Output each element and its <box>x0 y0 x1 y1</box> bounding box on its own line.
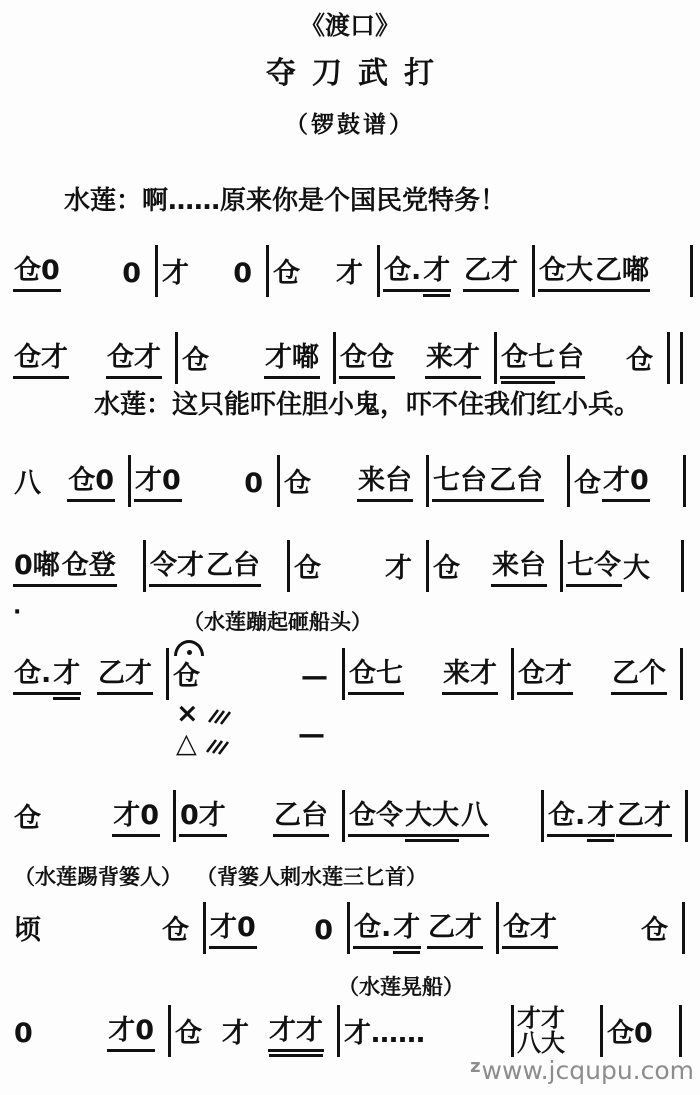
stage-direction-smash-bow: （水莲蹦起砸船头） <box>183 606 372 636</box>
measure: 仓才仓才 <box>10 332 175 384</box>
note-group: 来才 <box>442 659 498 695</box>
note-text: 0才 <box>179 801 227 837</box>
note-text: 大 <box>622 554 651 587</box>
note-group: 仓令大大八 <box>348 801 489 837</box>
barline <box>690 245 693 297</box>
score-line-5: 仓.才乙才仓—仓七来才仓才乙个 <box>10 648 683 700</box>
note-text: 仓七 <box>500 343 556 379</box>
measure: 才00 <box>206 902 347 954</box>
measure: 仓令大大八 <box>345 790 541 842</box>
measure: 仓大乙嘟 <box>535 245 690 297</box>
note-group: 仓 <box>625 346 654 379</box>
note-group: 乙个 <box>611 659 667 695</box>
measure: 才…… <box>340 1005 511 1057</box>
note-group: 0 <box>243 469 264 502</box>
note-group: 仓0 <box>67 466 115 502</box>
note-group: 仓才 <box>517 659 573 695</box>
note-text: 乙嘟 <box>594 256 650 292</box>
note-text: 0嘟 <box>13 551 61 587</box>
note-text: 乙台 <box>488 466 544 502</box>
note-text: 乙才 <box>616 801 672 837</box>
measure: 才0 <box>158 245 266 297</box>
note-text: 才 <box>392 913 421 949</box>
note-group: 仓 <box>272 259 301 292</box>
barline <box>681 540 684 592</box>
note-group: 才 <box>221 1019 250 1052</box>
note-text: 来才 <box>425 343 481 379</box>
note-group: 七令大 <box>566 551 651 587</box>
note-group: 仓0 <box>606 1019 654 1052</box>
drum-x-symbol: × <box>176 700 199 728</box>
hold-dash: — <box>298 719 325 750</box>
note-text: 仓大 <box>538 256 594 292</box>
score-line-3: 八仓0才00仓来台七台乙台仓才0 <box>10 455 686 507</box>
score-line-1: 仓00才0仓才仓.才乙才仓大乙嘟 <box>10 245 693 297</box>
note-group: 乙才 <box>463 256 519 292</box>
note-text: 仓 <box>272 259 301 292</box>
note-text: 乙台 <box>273 801 329 837</box>
note-group: 乙才 <box>616 801 672 837</box>
measure: 仓七台仓 <box>497 332 667 384</box>
note-text: 仓. <box>13 659 52 695</box>
note-text: 0 <box>232 259 253 292</box>
measure: 仓才0 <box>10 790 173 842</box>
note-text: 仓. <box>383 256 422 292</box>
percussion-roll-block: × — △ <box>176 699 346 759</box>
note-group: 仓 <box>432 554 461 587</box>
note-text: 才0 <box>602 466 650 502</box>
note-group: 仓 <box>283 469 312 502</box>
note-group: 仓七 <box>348 659 404 695</box>
note-text: 乙才 <box>427 913 483 949</box>
note-group: 仓 <box>161 916 190 949</box>
note-group: 仓才 <box>106 343 162 379</box>
note-text: 仓 <box>432 554 461 587</box>
note-text: 仓 <box>625 346 654 379</box>
note-group: 仓 <box>174 1019 203 1052</box>
measure: 七令大 <box>563 540 681 592</box>
dialogue-line-1: 水莲：啊……原来你是个国民党特务！ <box>64 180 506 217</box>
note-text: 才才 <box>517 1006 565 1031</box>
note-text: 仓 <box>640 916 669 949</box>
note-group: 来台 <box>357 466 413 502</box>
note-text: 大大 <box>404 801 460 837</box>
page-title: 夺刀武打 <box>0 48 700 92</box>
note-group: 来台 <box>491 551 547 587</box>
note-text: 才 <box>335 259 364 292</box>
note-text: 仓 <box>172 662 201 695</box>
note-text: 才才 <box>268 1016 324 1052</box>
note-text: 仓 <box>161 916 190 949</box>
measure: 仓0 <box>603 1005 679 1057</box>
note-text: 仓登 <box>61 551 117 587</box>
note-text: 才…… <box>343 1019 426 1052</box>
note-text: 才 <box>161 259 190 292</box>
note-group: 仓 <box>13 804 42 837</box>
barline <box>680 648 683 700</box>
measure: 0才乙台 <box>176 790 342 842</box>
note-group: 0 <box>13 1019 34 1052</box>
note-text: 0 <box>313 916 334 949</box>
note-group: 八 <box>13 469 42 502</box>
stage-direction-kick-basket-man: （水莲踢背篓人） <box>14 861 182 891</box>
dialogue-line-2: 水莲：这只能吓住胆小鬼，吓不住我们红小兵。 <box>94 384 640 421</box>
measure: 仓来台 <box>429 540 560 592</box>
measure: 七台乙台 <box>429 455 567 507</box>
note-group: 仓仓 <box>339 343 395 379</box>
measure: 仓— <box>169 648 342 700</box>
note-group: 0嘟仓登 <box>13 551 117 587</box>
note-group: 仓 <box>293 554 322 587</box>
note-text: 仓 <box>293 554 322 587</box>
barline <box>679 1005 682 1057</box>
measure: 仓才才才 <box>171 1005 337 1057</box>
note-group: 才…… <box>343 1019 426 1052</box>
note-text: 仓才 <box>13 343 69 379</box>
note-group: 才嘟 <box>264 343 320 379</box>
drum-roll-row: × — <box>176 699 346 729</box>
note-text: 才0 <box>209 913 257 949</box>
series-title: 《渡口》 <box>0 6 700 42</box>
subtitle-notation-type: （锣鼓谱） <box>0 106 700 139</box>
note-text: 仓七 <box>348 659 404 695</box>
sheet-music-page: 《渡口》 夺刀武打 （锣鼓谱） 水莲：啊……原来你是个国民党特务！ 水莲：这只能… <box>0 0 700 1095</box>
measure: 仓.才乙才 <box>544 790 685 842</box>
cymbal-triangle-symbol: △ <box>176 730 197 758</box>
note-group: 才才 <box>268 1016 324 1052</box>
note-group: 0 <box>121 259 142 292</box>
note-group: 来才 <box>425 343 481 379</box>
note-group: — <box>300 662 329 695</box>
note-group: 才0 <box>209 913 257 949</box>
note-group: 仓.才 <box>13 659 81 695</box>
note-text: 才 <box>221 1019 250 1052</box>
note-group: 仓.才 <box>547 801 615 837</box>
note-group: 乙才 <box>97 659 153 695</box>
note-text: 仓0 <box>67 466 115 502</box>
note-group: 才 <box>384 554 413 587</box>
measure: 仓才嘟 <box>178 332 333 384</box>
note-text: 仓0 <box>606 1019 654 1052</box>
measure: 0嘟仓登 <box>10 540 143 592</box>
note-text: 来台 <box>491 551 547 587</box>
note-group: 0才 <box>179 801 227 837</box>
note-text: 才嘟 <box>264 343 320 379</box>
note-group: 才0 <box>107 1016 155 1052</box>
jcqupu-watermark[interactable]: z www.jcqupu.com <box>470 1056 694 1085</box>
note-text: 才 <box>52 659 81 695</box>
measure: 仓来台 <box>280 455 426 507</box>
note-group: 才0 <box>134 466 182 502</box>
stray-dot-mark: · <box>13 600 21 625</box>
note-text: 0 <box>121 259 142 292</box>
score-line-8: 0才0仓才才才才……才才八大仓0 <box>10 1005 682 1057</box>
barline <box>682 902 685 954</box>
note-group: 乙台 <box>273 801 329 837</box>
note-text: 台 <box>556 343 585 379</box>
note-text: 仓 <box>181 346 210 379</box>
measure: 仓.才乙才 <box>380 245 532 297</box>
note-text: 七台 <box>432 466 488 502</box>
score-line-6: 仓才00才乙台仓令大大八仓.才乙才 <box>10 790 688 842</box>
watermark-url: www.jcqupu.com <box>482 1056 694 1085</box>
measure: 八仓0 <box>10 455 128 507</box>
fermata-icon <box>174 640 204 656</box>
note-text: 才 <box>422 256 451 292</box>
note-text: 八大 <box>517 1031 565 1056</box>
note-text: 乙才 <box>97 659 153 695</box>
note-text: 八 <box>460 801 489 837</box>
note-text: 来才 <box>442 659 498 695</box>
score-line-7: 顷仓才00仓.才乙才仓才仓 <box>10 902 685 954</box>
measure: 仓00 <box>10 245 155 297</box>
measure: 仓七来才 <box>345 648 511 700</box>
note-text: 乙个 <box>611 659 667 695</box>
note-text: 仓仓 <box>339 343 395 379</box>
measure: 令才乙台 <box>146 540 287 592</box>
note-group: 仓才 <box>13 343 69 379</box>
stacked-note-group: 才才八大 <box>517 1005 565 1057</box>
note-group: 0 <box>313 916 334 949</box>
note-text: 乙才 <box>463 256 519 292</box>
note-group: 令才乙台 <box>149 551 261 587</box>
measure: 0才0 <box>10 1005 168 1057</box>
measure: 仓.才乙才 <box>10 648 166 700</box>
barline <box>683 455 686 507</box>
note-text: 仓才 <box>502 913 558 949</box>
measure: 才00 <box>131 455 277 507</box>
tremolo-roll-icon <box>205 737 229 755</box>
measure: 仓才乙个 <box>514 648 680 700</box>
measure: 顷仓 <box>10 902 203 954</box>
note-group: 才 <box>161 259 190 292</box>
note-group: 仓 <box>640 916 669 949</box>
note-group: 仓0 <box>13 256 61 292</box>
stage-direction-dagger-stabs: （背篓人刺水莲三匕首） <box>196 861 427 891</box>
score-line-2: 仓才仓才仓才嘟仓仓来才仓七台仓 <box>10 332 683 384</box>
measure: 仓仓来才 <box>336 332 494 384</box>
note-group: 仓 <box>181 346 210 379</box>
note-text: 仓才 <box>106 343 162 379</box>
stage-direction-rock-boat: （水莲晃船） <box>338 971 464 1001</box>
note-text: 仓. <box>353 913 392 949</box>
note-group: 0 <box>232 259 253 292</box>
note-text: 七令 <box>566 551 622 587</box>
note-text: 0 <box>243 469 264 502</box>
note-group: 仓才 <box>502 913 558 949</box>
double-barline <box>667 332 683 384</box>
measure: 仓才仓 <box>499 902 682 954</box>
note-group: 仓.才 <box>383 256 451 292</box>
note-text: 仓 <box>174 1019 203 1052</box>
note-group: 顷 <box>13 916 42 949</box>
note-group: 仓 <box>172 662 201 695</box>
note-text: 八 <box>13 469 42 502</box>
note-text: 令才 <box>149 551 205 587</box>
barline <box>685 790 688 842</box>
note-group: 仓大乙嘟 <box>538 256 650 292</box>
note-group: 乙才 <box>427 913 483 949</box>
note-text: 才0 <box>134 466 182 502</box>
note-text: — <box>300 662 329 695</box>
note-text: 才 <box>384 554 413 587</box>
measure: 仓才0 <box>570 455 683 507</box>
measure: 仓.才乙才 <box>350 902 496 954</box>
tremolo-roll-icon <box>207 707 231 725</box>
note-text: 仓 <box>573 469 602 502</box>
note-text: 才0 <box>112 801 160 837</box>
note-text: 才0 <box>107 1016 155 1052</box>
note-text: 顷 <box>13 916 42 949</box>
score-line-4: 0嘟仓登令才乙台仓才仓来台七令大 <box>10 540 684 592</box>
note-group: 仓七台 <box>500 343 585 379</box>
note-text: 仓 <box>283 469 312 502</box>
note-text: 仓0 <box>13 256 61 292</box>
note-text: 仓令 <box>348 801 404 837</box>
note-text: 仓. <box>547 801 586 837</box>
note-text: 来台 <box>357 466 413 502</box>
note-text: 才 <box>586 801 615 837</box>
measure: 仓才 <box>269 245 377 297</box>
note-group: 仓才0 <box>573 466 650 502</box>
note-text: 仓才 <box>517 659 573 695</box>
note-group: 才0 <box>112 801 160 837</box>
note-text: 仓 <box>13 804 42 837</box>
note-group: 才 <box>335 259 364 292</box>
watermark-logo-icon: z <box>470 1056 480 1077</box>
note-group: 七台乙台 <box>432 466 544 502</box>
measure: 仓才 <box>290 540 426 592</box>
note-group: 仓.才 <box>353 913 421 949</box>
measure: 才才八大 <box>514 1005 600 1057</box>
note-text: 乙台 <box>205 551 261 587</box>
note-text: 0 <box>13 1019 34 1052</box>
